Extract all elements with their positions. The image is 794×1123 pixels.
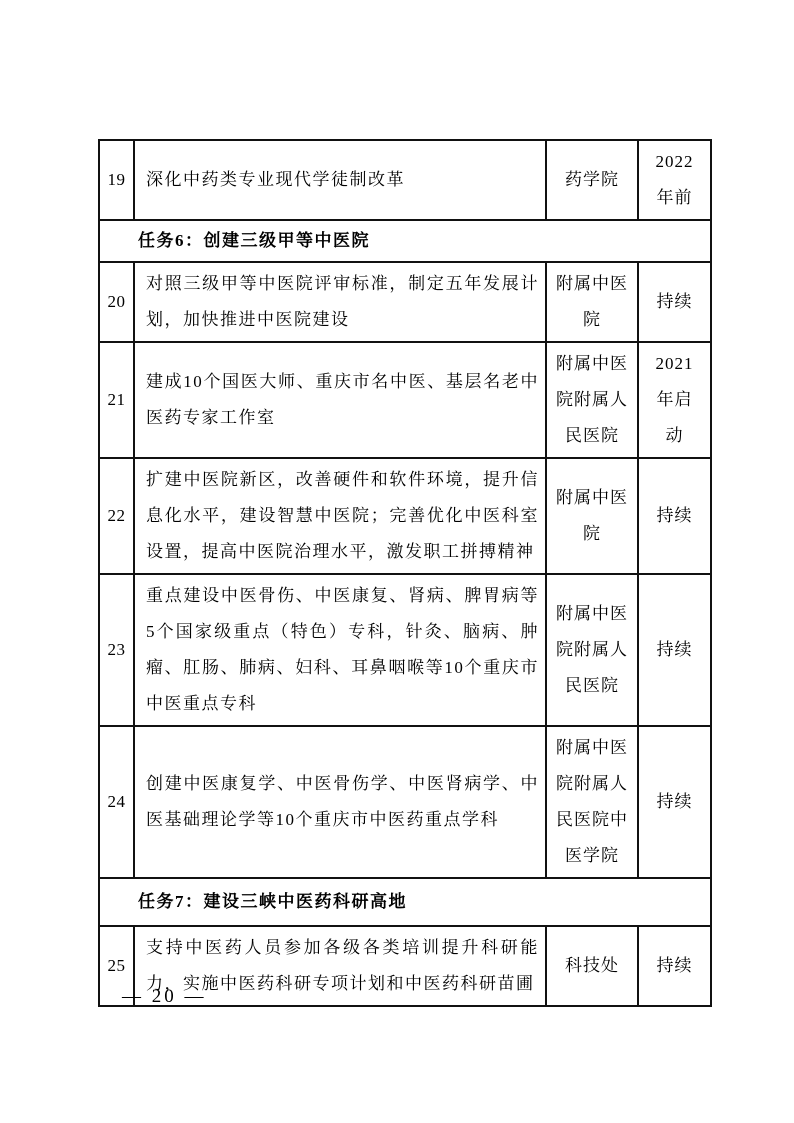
- section-title: 任务7：建设三峡中医药科研高地: [99, 878, 711, 926]
- row-number-cell: 20: [99, 262, 134, 342]
- page-number: — 20 —: [122, 986, 207, 1008]
- task-text-cell: 创建中医康复学、中医骨伤学、中医肾病学、中医基础理论学等10个重庆市中医药重点学…: [134, 726, 546, 878]
- unit-cell: 附属中医院附属人民医院: [546, 574, 638, 726]
- unit-cell: 科技处: [546, 926, 638, 1006]
- section-header-row: 任务6：创建三级甲等中医院: [99, 220, 711, 262]
- task-text-cell: 深化中药类专业现代学徒制改革: [134, 140, 546, 220]
- table-row: 24 创建中医康复学、中医骨伤学、中医肾病学、中医基础理论学等10个重庆市中医药…: [99, 726, 711, 878]
- time-cell: 持续: [638, 574, 711, 726]
- task-table: 19 深化中药类专业现代学徒制改革 药学院 2022年前 任务6：创建三级甲等中…: [98, 139, 712, 1007]
- time-cell: 2022年前: [638, 140, 711, 220]
- time-cell: 2021年启动: [638, 342, 711, 458]
- table-row: 21 建成10个国医大师、重庆市名中医、基层名老中医药专家工作室 附属中医院附属…: [99, 342, 711, 458]
- task-text-cell: 扩建中医院新区，改善硬件和软件环境，提升信息化水平，建设智慧中医院；完善优化中医…: [134, 458, 546, 574]
- row-number-cell: 21: [99, 342, 134, 458]
- task-text-cell: 建成10个国医大师、重庆市名中医、基层名老中医药专家工作室: [134, 342, 546, 458]
- time-cell: 持续: [638, 726, 711, 878]
- row-number-cell: 19: [99, 140, 134, 220]
- unit-cell: 附属中医院: [546, 262, 638, 342]
- table-row: 20 对照三级甲等中医院评审标准，制定五年发展计划，加快推进中医院建设 附属中医…: [99, 262, 711, 342]
- unit-cell: 附属中医院: [546, 458, 638, 574]
- table-row: 22 扩建中医院新区，改善硬件和软件环境，提升信息化水平，建设智慧中医院；完善优…: [99, 458, 711, 574]
- time-cell: 持续: [638, 926, 711, 1006]
- table-row: 19 深化中药类专业现代学徒制改革 药学院 2022年前: [99, 140, 711, 220]
- section-title: 任务6：创建三级甲等中医院: [99, 220, 711, 262]
- unit-cell: 附属中医院附属人民医院中医学院: [546, 726, 638, 878]
- unit-cell: 药学院: [546, 140, 638, 220]
- task-text-cell: 对照三级甲等中医院评审标准，制定五年发展计划，加快推进中医院建设: [134, 262, 546, 342]
- task-table-body: 19 深化中药类专业现代学徒制改革 药学院 2022年前 任务6：创建三级甲等中…: [99, 140, 711, 1006]
- time-cell: 持续: [638, 262, 711, 342]
- row-number-cell: 24: [99, 726, 134, 878]
- row-number-cell: 22: [99, 458, 134, 574]
- row-number-cell: 23: [99, 574, 134, 726]
- unit-cell: 附属中医院附属人民医院: [546, 342, 638, 458]
- time-cell: 持续: [638, 458, 711, 574]
- task-text-cell: 重点建设中医骨伤、中医康复、肾病、脾胃病等5个国家级重点（特色）专科，针灸、脑病…: [134, 574, 546, 726]
- section-header-row: 任务7：建设三峡中医药科研高地: [99, 878, 711, 926]
- table-row: 23 重点建设中医骨伤、中医康复、肾病、脾胃病等5个国家级重点（特色）专科，针灸…: [99, 574, 711, 726]
